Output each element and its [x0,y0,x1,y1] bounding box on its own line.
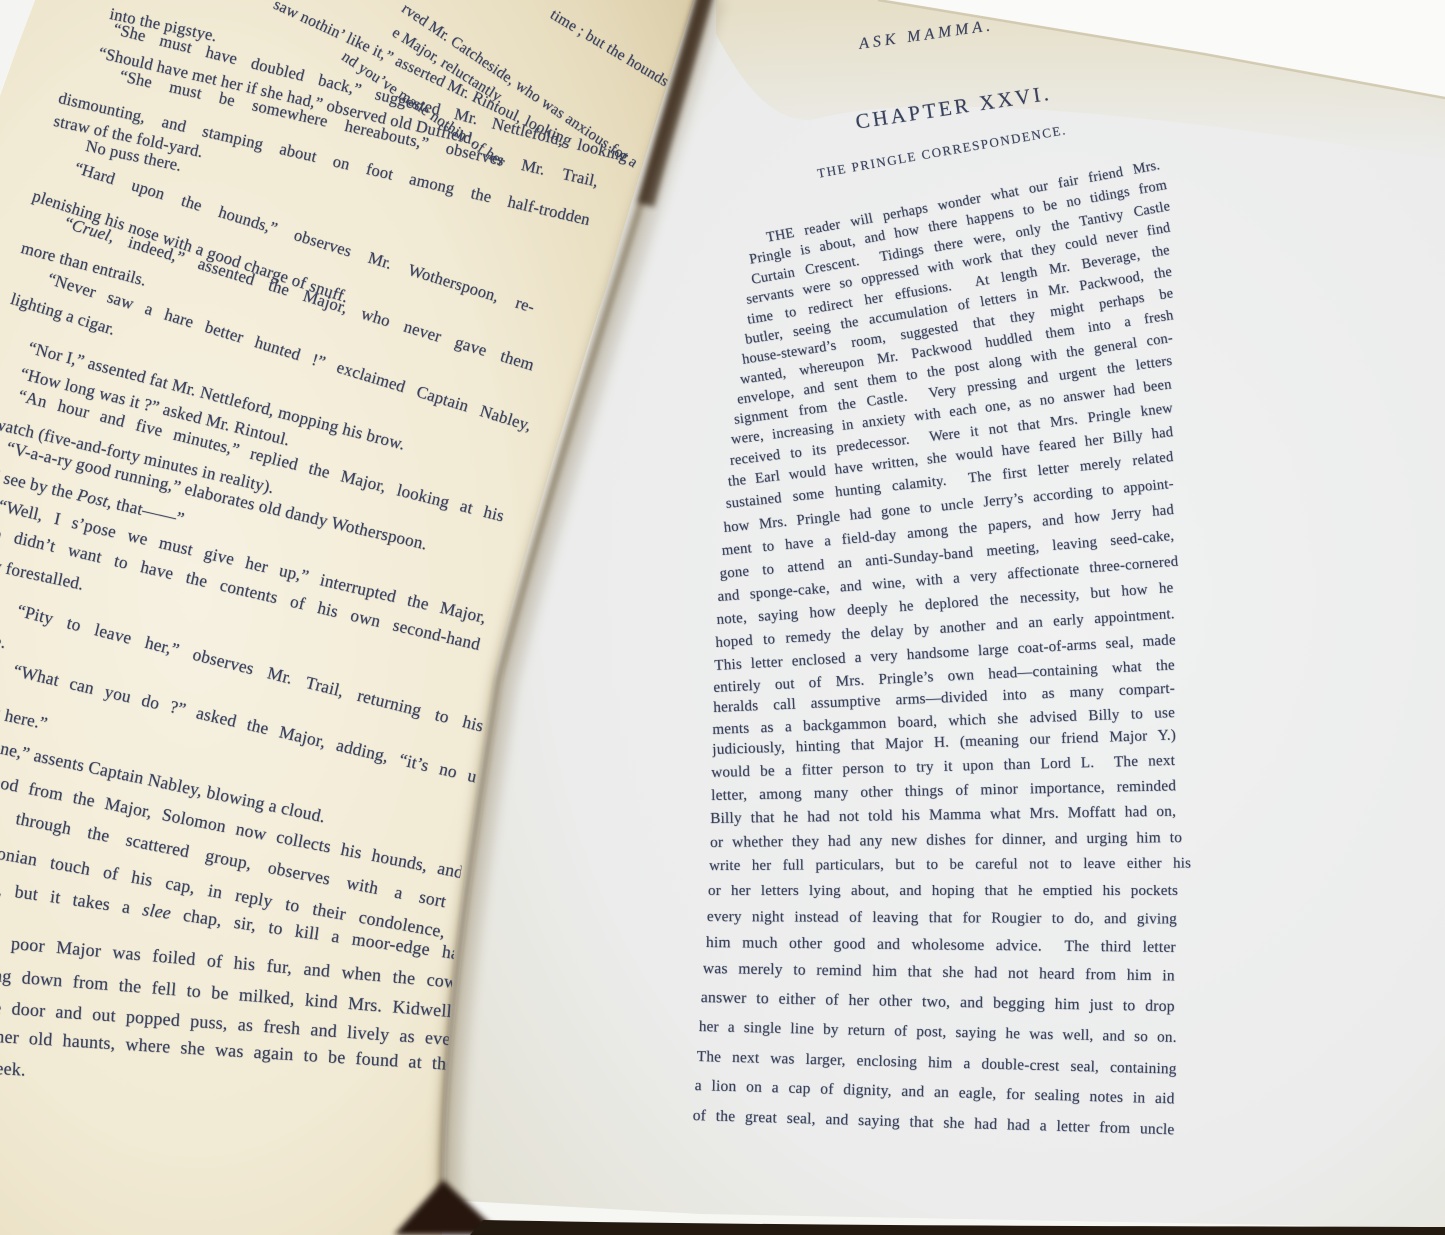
book-pages-art [0,0,1445,1235]
book-photo: e Major, reluctantly.nd you’ve made noth… [0,0,1445,1235]
